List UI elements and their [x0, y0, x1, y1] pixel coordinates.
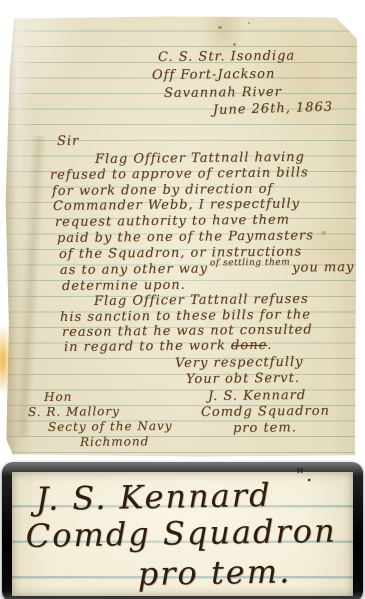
paper-stain: [321, 231, 326, 235]
body-line: Flag Officer Tattnall refuses: [94, 292, 309, 309]
body-line: Flag Officer Tattnall having: [95, 150, 305, 167]
heading-ship: C. S. Str. Isondiga: [158, 49, 295, 65]
body-line-with-insertion: as to any other wayof settling themyou m…: [60, 260, 355, 280]
addressee-city: Richmond: [80, 434, 149, 450]
body-line-part: in regard to the work: [64, 338, 226, 355]
body-line-part: .: [267, 338, 272, 353]
inset-signature-title: Comdg Squadron: [25, 512, 337, 555]
heading-river: Savannah River: [164, 85, 282, 101]
ink-speck: [233, 43, 236, 46]
body-line-part: you may: [292, 260, 354, 276]
inset-quote-mark: ".: [296, 465, 314, 486]
body-line: paid by the one of the Paymasters: [57, 228, 314, 246]
heading-location: Off Fort-Jackson: [152, 67, 276, 83]
body-line-part: as to any other way: [60, 261, 208, 278]
closing-line: Very respectfully: [175, 355, 304, 371]
body-line: reason that he was not consulted: [62, 322, 313, 340]
inset-signature-name: J. S. Kennard: [35, 476, 272, 518]
ink-speck: [218, 26, 222, 29]
addressee-line: Hon: [44, 390, 73, 405]
closing-line: Your obt Servt.: [186, 371, 300, 387]
letter-photo-page: C. S. Str. Isondiga Off Fort-Jackson Sav…: [0, 0, 365, 599]
tape-stain: [0, 325, 12, 395]
signature-protem: pro tem.: [233, 420, 297, 436]
salutation: Sir: [57, 134, 79, 149]
struck-word: done: [231, 338, 267, 353]
addressee-title: Secty of the Navy: [48, 419, 173, 435]
ink-speck: [248, 22, 250, 24]
interlinear-insertion: of settling them: [210, 258, 290, 269]
body-line: determine upon.: [62, 278, 186, 294]
body-line: Commander Webb, I respectfully: [53, 196, 300, 214]
body-line: request authority to have them: [55, 213, 290, 230]
body-line-with-strike: in regard to the work done.: [64, 338, 273, 355]
inset-signature-protem: pro tem.: [137, 552, 291, 593]
addressee-name: S. R. Mallory: [28, 404, 120, 420]
signature-title: Comdg Squadron: [201, 404, 330, 420]
signature-name: J. S. Kennard: [208, 388, 306, 404]
body-line: refused to approve of certain bills: [50, 165, 309, 183]
